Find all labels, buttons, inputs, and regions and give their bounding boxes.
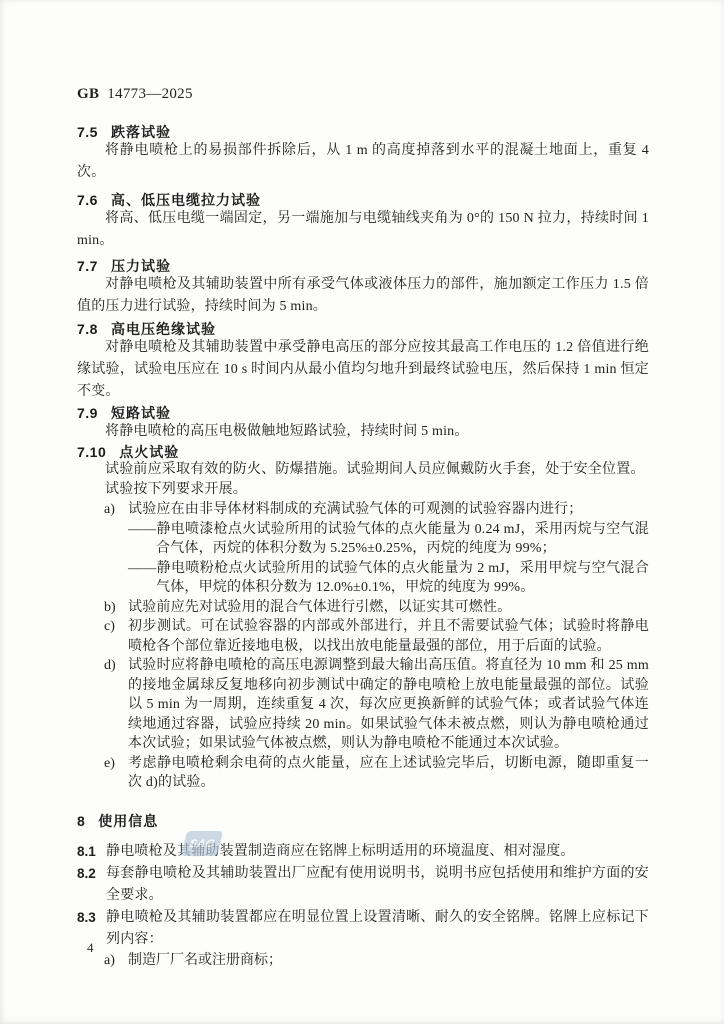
page-number: 4 bbox=[87, 940, 94, 956]
standard-code-prefix: GB bbox=[77, 86, 99, 102]
clause-number: 8.2 bbox=[77, 863, 106, 907]
section-heading-7-6: 7.6高、低压电缆拉力试验 bbox=[77, 192, 649, 208]
list-item-text: 初步测试。可在试验容器的内部或外部进行，并且不需要试验气体；试验时将静电喷枪各个… bbox=[128, 617, 649, 656]
clause-number: 8.1 bbox=[77, 841, 106, 863]
section-heading-7-7: 7.7压力试验 bbox=[77, 258, 649, 274]
section-title: 跌落试验 bbox=[111, 124, 171, 140]
list-item-label: c) bbox=[104, 617, 128, 637]
sac-watermark-logo: SAC bbox=[181, 831, 223, 856]
paragraph-7-10-intro-2: 试验按下列要求开展。 bbox=[77, 480, 649, 500]
list-item-b: b) 试验前应先对试验用的混合气体进行引燃，以证实其可燃性。 bbox=[104, 598, 649, 618]
list-item-a: a) 试验应在由非导体材料制成的充满试验气体的可观测的试验容器内进行； ——静电… bbox=[104, 500, 649, 598]
dash-subitem-2: ——静电喷粉枪点火试验所用的试验气体的点火能量为 2 mJ，采用甲烷与空气混合气… bbox=[128, 559, 649, 598]
section-title: 压力试验 bbox=[111, 258, 171, 274]
list-item-label: a) bbox=[104, 500, 128, 520]
section-heading-7-5: 7.5跌落试验 bbox=[77, 124, 649, 140]
section-heading-8: 8使用信息 bbox=[77, 813, 649, 829]
section-title: 使用信息 bbox=[98, 813, 158, 829]
list-item-body: 试验应在由非导体材料制成的充满试验气体的可观测的试验容器内进行； ——静电喷漆枪… bbox=[128, 500, 649, 598]
list-item-text: 试验前应先对试验用的混合气体进行引燃，以证实其可燃性。 bbox=[128, 598, 649, 618]
clause-text: 静电喷枪及其辅助装置都应在明显位置上设置清晰、耐久的安全铭牌。铭牌上应标记下列内… bbox=[106, 907, 649, 951]
list-item-label: d) bbox=[104, 656, 128, 676]
list-item-text: 试验应在由非导体材料制成的充满试验气体的可观测的试验容器内进行； bbox=[128, 500, 649, 520]
clause-text: 每套静电喷枪及其辅助装置出厂应配有使用说明书，说明书应包括使用和维护方面的安全要… bbox=[106, 863, 649, 907]
section-number: 8 bbox=[77, 813, 85, 829]
document-header: GB14773—2025 bbox=[77, 86, 649, 103]
page-content: GB14773—2025 7.5跌落试验 将静电喷枪上的易损部件拆除后，从 1 … bbox=[77, 0, 649, 971]
list-item-e: e) 考虑静电喷枪剩余电荷的点火能量，应在上述试验完毕后，切断电源，随即重复一次… bbox=[104, 754, 649, 793]
paragraph-7-7: 对静电喷枪及其辅助装置中所有承受气体或液体压力的部件，施加额定工作压力 1.5 … bbox=[77, 274, 649, 318]
list-item-text: 试验时应将静电喷枪的高压电源调整到最大输出高压值。将直径为 10 mm 和 25… bbox=[128, 656, 649, 754]
clause-8-3: 8.3 静电喷枪及其辅助装置都应在明显位置上设置清晰、耐久的安全铭牌。铭牌上应标… bbox=[77, 907, 649, 951]
list-item-text: 制造厂厂名或注册商标； bbox=[128, 951, 649, 971]
clause-8-1: 8.1 静电喷枪及其辅助装置制造商应在铭牌上标明适用的环境温度、相对湿度。 bbox=[77, 841, 649, 863]
section-number: 7.5 bbox=[77, 124, 98, 140]
paragraph-7-8: 对静电喷枪及其辅助装置中承受静电高压的部分应按其最高工作电压的 1.2 倍值进行… bbox=[77, 337, 649, 403]
list-item-d: d) 试验时应将静电喷枪的高压电源调整到最大输出高压值。将直径为 10 mm 和… bbox=[104, 656, 649, 754]
paragraph-7-10-intro-1: 试验前应采取有效的防火、防爆措施。试验期间人员应佩戴防火手套，处于安全位置。 bbox=[77, 460, 649, 480]
dash-subitem-1: ——静电喷漆枪点火试验所用的试验气体的点火能量为 0.24 mJ，采用丙烷与空气… bbox=[128, 520, 649, 559]
section-number: 7.10 bbox=[77, 444, 106, 460]
section-heading-7-10: 7.10点火试验 bbox=[77, 444, 649, 460]
list-item-text: 考虑静电喷枪剩余电荷的点火能量，应在上述试验完毕后，切断电源，随即重复一次 d)… bbox=[128, 754, 649, 793]
paragraph-7-5: 将静电喷枪上的易损部件拆除后，从 1 m 的高度掉落到水平的混凝土地面上，重复 … bbox=[77, 140, 649, 184]
section-number: 7.7 bbox=[77, 258, 98, 274]
section-heading-7-9: 7.9短路试验 bbox=[77, 405, 649, 421]
section-title: 点火试验 bbox=[119, 444, 179, 460]
document-page: GB14773—2025 7.5跌落试验 将静电喷枪上的易损部件拆除后，从 1 … bbox=[0, 0, 724, 1024]
sac-watermark-text: SAC bbox=[188, 838, 216, 850]
section-title: 高、低压电缆拉力试验 bbox=[111, 192, 261, 208]
section-number: 7.9 bbox=[77, 405, 98, 421]
clause-8-3-item-a: a) 制造厂厂名或注册商标； bbox=[104, 951, 649, 971]
paragraph-7-6: 将高、低压电缆一端固定，另一端施加与电缆轴线夹角为 0°的 150 N 拉力，持… bbox=[77, 208, 649, 252]
section-number: 7.8 bbox=[77, 321, 98, 337]
list-item-label: b) bbox=[104, 598, 128, 618]
section-heading-7-8: 7.8高电压绝缘试验 bbox=[77, 321, 649, 337]
list-item-label: a) bbox=[104, 951, 128, 971]
list-item-label: e) bbox=[104, 754, 128, 774]
paragraph-7-9: 将静电喷枪的高压电极做触地短路试验，持续时间 5 min。 bbox=[77, 421, 649, 443]
standard-code-number: 14773—2025 bbox=[107, 86, 193, 102]
section-number: 7.6 bbox=[77, 192, 98, 208]
clause-8-2: 8.2 每套静电喷枪及其辅助装置出厂应配有使用说明书，说明书应包括使用和维护方面… bbox=[77, 863, 649, 907]
list-item-c: c) 初步测试。可在试验容器的内部或外部进行，并且不需要试验气体；试验时将静电喷… bbox=[104, 617, 649, 656]
section-title: 高电压绝缘试验 bbox=[111, 321, 216, 337]
section-title: 短路试验 bbox=[111, 405, 171, 421]
ordered-list-7-10: a) 试验应在由非导体材料制成的充满试验气体的可观测的试验容器内进行； ——静电… bbox=[104, 500, 649, 793]
